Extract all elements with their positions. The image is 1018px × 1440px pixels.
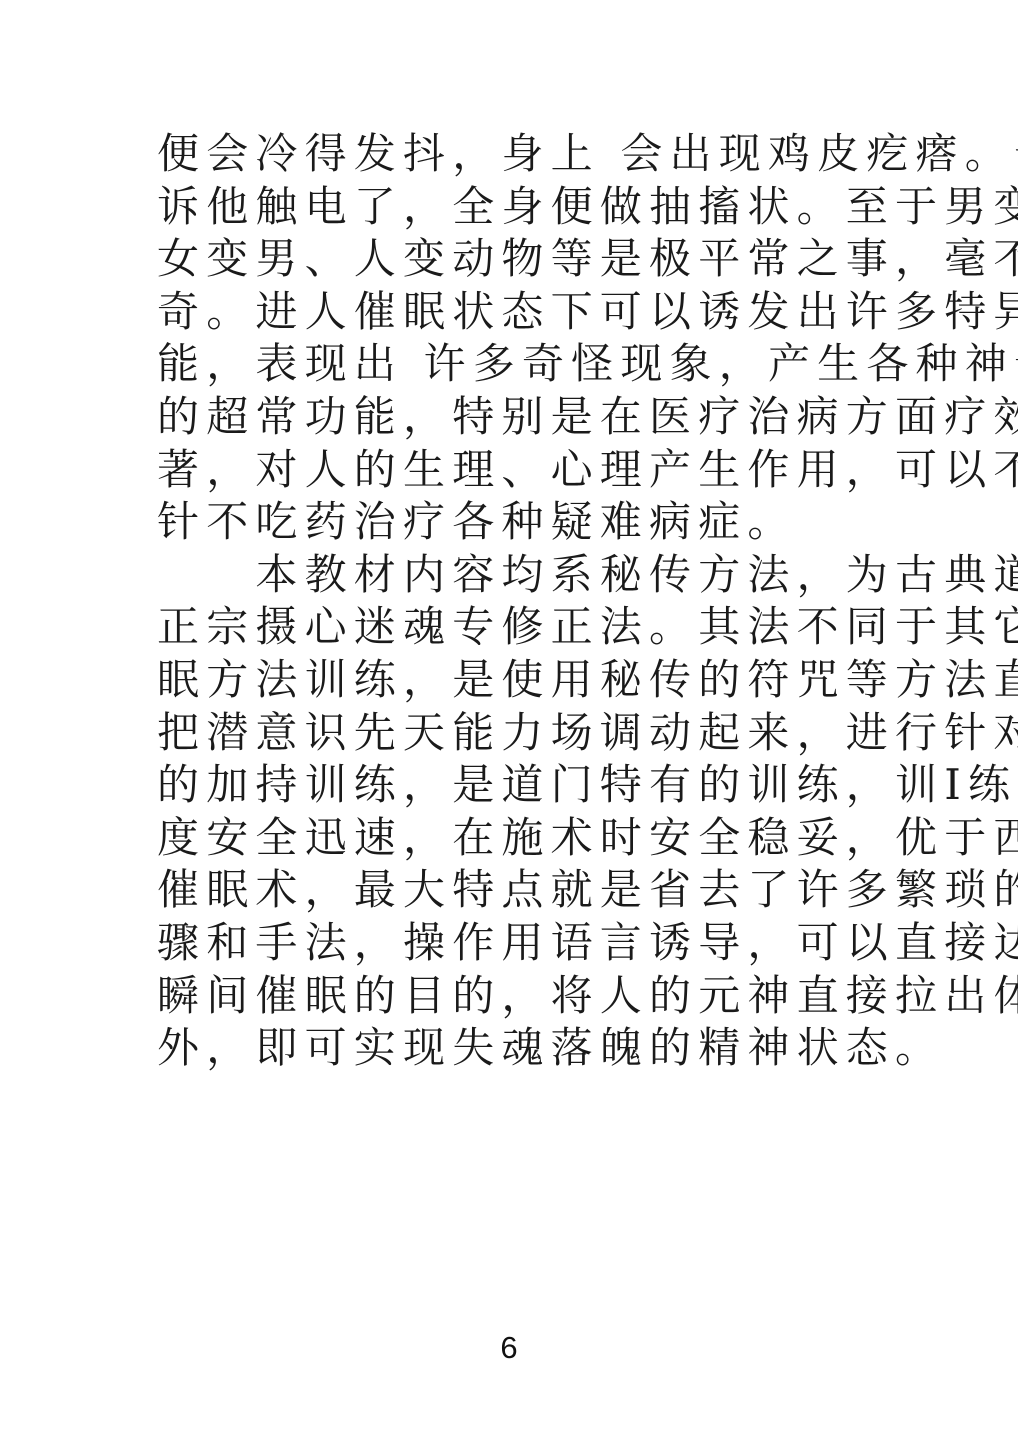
text-line: 诉他触电了，全身便做抽搐状。至于男变女， (157, 181, 867, 234)
paragraph-start-line: 本教材内容均系秘传方法，为古典道门 (157, 549, 867, 602)
text-line: 的加持训练，是道门特有的训练，训Ⅰ练进 (157, 759, 867, 812)
text-line: 眠方法训练，是使用秘传的符咒等方法直接 (157, 654, 867, 707)
text-line: 能，表现出 许多奇怪现象，产生各种神奇 (157, 338, 867, 391)
text-line: 正宗摄心迷魂专修正法。其法不同于其它催 (157, 601, 867, 654)
text-line: 度安全迅速，在施术时安全稳妥，优于西方 (157, 812, 867, 865)
text-line: 外，即可实现失魂落魄的精神状态。 (157, 1022, 867, 1075)
text-line: 骤和手法，操作用语言诱导，可以直接达到 (157, 917, 867, 970)
document-page: 便会冷得发抖，身上 会出现鸡皮疙瘩。告 诉他触电了，全身便做抽搐状。至于男变女，… (0, 0, 1018, 1440)
text-line: 把潜意识先天能力场调动起来，进行针对性 (157, 707, 867, 760)
text-line: 女变男、人变动物等是极平常之事，毫不为 (157, 233, 867, 286)
text-line: 针不吃药治疗各种疑难病症。 (157, 496, 867, 549)
text-line: 瞬间催眠的目的，将人的元神直接拉出体 (157, 970, 867, 1023)
text-line: 催眠术，最大特点就是省去了许多繁琐的步 (157, 864, 867, 917)
text-line: 的超常功能，特别是在医疗治病方面疗效显 (157, 391, 867, 444)
page-number: 6 (0, 1330, 1018, 1366)
body-text: 便会冷得发抖，身上 会出现鸡皮疙瘩。告 诉他触电了，全身便做抽搐状。至于男变女，… (157, 128, 867, 1075)
text-line: 奇。进人催眠状态下可以诱发出许多特异功 (157, 286, 867, 339)
text-line: 著，对人的生理、心理产生作用，可以不打 (157, 444, 867, 497)
text-line: 便会冷得发抖，身上 会出现鸡皮疙瘩。告 (157, 128, 867, 181)
